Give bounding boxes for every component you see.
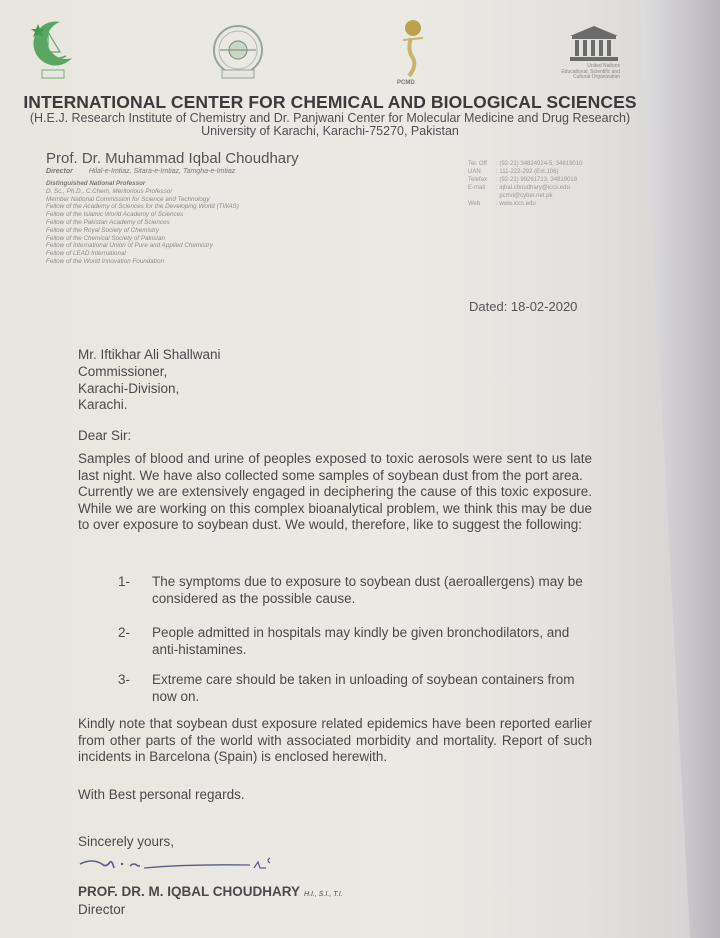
signoff: Sincerely yours, (78, 834, 174, 849)
letter-body: Samples of blood and urine of peoples ex… (78, 451, 592, 534)
unesco-caption: United Nations Educational, Scientific a… (540, 64, 620, 81)
body-paragraph: Currently we are extensively engaged in … (78, 484, 592, 534)
pcmd-caption: PCMD (397, 80, 415, 86)
institution-title: INTERNATIONAL CENTER FOR CHEMICAL AND BI… (0, 92, 660, 113)
credential-item: Fellow of the Royal Society of Chemistry (46, 227, 239, 235)
contact-row: E-mail: iqbal.choudhary@iccs.edu (468, 184, 582, 192)
suggestion-text: The symptoms due to exposure to soybean … (152, 574, 594, 607)
contact-value: (92-21) 99261713, 34819018 (499, 177, 577, 183)
contact-value: iqbal.choudhary@iccs.edu (499, 185, 569, 191)
contact-value: pcmd@cyber.net.pk (499, 193, 552, 199)
credential-item: D. Sc., Ph.D., C.Chem, Meritorious Profe… (46, 188, 239, 196)
credential-item: Fellow of International Union of Pure an… (46, 242, 239, 250)
contact-label: Telefax (468, 176, 496, 184)
letter-page: PCMD United Nations Educational, Scienti… (0, 0, 690, 938)
recipient-line: Karachi-Division, (78, 381, 221, 398)
signatory-fullname: PROF. DR. M. IQBAL CHOUDHARY (78, 884, 300, 899)
university-crest-icon (30, 18, 76, 82)
credential-item: Fellow of the World Innovation Foundatio… (46, 258, 239, 266)
suggestion-number: 3- (118, 672, 148, 689)
body-paragraph: Samples of blood and urine of peoples ex… (78, 451, 592, 484)
contact-row: Web: www.iccs.edu (468, 200, 582, 208)
credential-item: Fellow of the Chemical Society of Pakist… (46, 235, 239, 243)
contact-row: Tel. Off: (92-21) 34824924-5, 34819010 (468, 160, 582, 168)
suggestion-text: People admitted in hospitals may kindly … (152, 625, 594, 658)
signatory-name: PROF. DR. M. IQBAL CHOUDHARYH.I., S.I., … (78, 884, 343, 899)
contact-block: Tel. Off: (92-21) 34824924-5, 34819010 U… (468, 160, 582, 208)
salutation: Dear Sir: (78, 428, 131, 443)
sender-honors: Hilal-e-Imtiaz, Sitara-e-Imtiaz, Tamgha-… (89, 168, 235, 175)
credential-item: Distinguished National Professor (46, 180, 239, 188)
sender-role: Director (46, 168, 73, 175)
contact-label: Tel. Off (468, 160, 496, 168)
contact-label: Web (468, 200, 496, 208)
sender-credentials: Distinguished National Professor D. Sc.,… (46, 180, 239, 266)
recipient-line: Karachi. (78, 397, 221, 414)
institute-seal-icon (208, 22, 268, 82)
credential-item: Fellow of LEAD International (46, 250, 239, 258)
unesco-temple-icon (568, 24, 620, 62)
institution-subtitle: (H.E.J. Research Institute of Chemistry … (0, 111, 660, 125)
pcmd-logo-icon (395, 18, 435, 84)
contact-value: (92-21) 34824924-5, 34819010 (499, 161, 582, 167)
contact-row: Telefax: (92-21) 99261713, 34819018 (468, 176, 582, 184)
unesco-caption-line: Cultural Organization (540, 75, 620, 81)
suggestion-item: 1- The symptoms due to exposure to soybe… (118, 574, 594, 607)
suggestion-item: 2- People admitted in hospitals may kind… (118, 625, 594, 658)
contact-label: UAN (468, 168, 496, 176)
sender-role-line: DirectorHilal-e-Imtiaz, Sitara-e-Imtiaz,… (46, 168, 235, 175)
suggestion-item: 3- Extreme care should be taken in unloa… (118, 672, 594, 705)
signatory-postnominals: H.I., S.I., T.I. (304, 891, 343, 898)
contact-value: www.iccs.edu (499, 201, 535, 207)
sender-name: Prof. Dr. Muhammad Iqbal Choudhary (46, 150, 299, 167)
contact-row: pcmd@cyber.net.pk (468, 192, 582, 200)
suggestion-number: 2- (118, 625, 148, 642)
suggestion-number: 1- (118, 574, 148, 591)
contact-value: 111-222-292 (Ext.106) (499, 169, 558, 175)
recipient-line: Commissioner, (78, 364, 221, 381)
signatory-title: Director (78, 902, 125, 917)
credential-item: Fellow of the Pakistan Academy of Scienc… (46, 219, 239, 227)
credential-item: Fellow of the Academy of Sciences for th… (46, 203, 239, 211)
regards-line: With Best personal regards. (78, 787, 245, 802)
contact-row: UAN: 111-222-292 (Ext.106) (468, 168, 582, 176)
suggestion-text: Extreme care should be taken in unloadin… (152, 672, 594, 705)
contact-label: E-mail (468, 184, 496, 192)
handwritten-signature-icon (78, 850, 278, 880)
credential-item: Fellow of the Islamic World Academy of S… (46, 211, 239, 219)
recipient-address: Mr. Iftikhar Ali Shallwani Commissioner,… (78, 347, 221, 414)
credential-item: Member National Commission for Science a… (46, 196, 239, 204)
closing-paragraph: Kindly note that soybean dust exposure r… (78, 716, 592, 766)
letter-date: Dated: 18-02-2020 (469, 299, 577, 314)
institution-address: University of Karachi, Karachi-75270, Pa… (0, 124, 660, 138)
recipient-line: Mr. Iftikhar Ali Shallwani (78, 347, 221, 364)
